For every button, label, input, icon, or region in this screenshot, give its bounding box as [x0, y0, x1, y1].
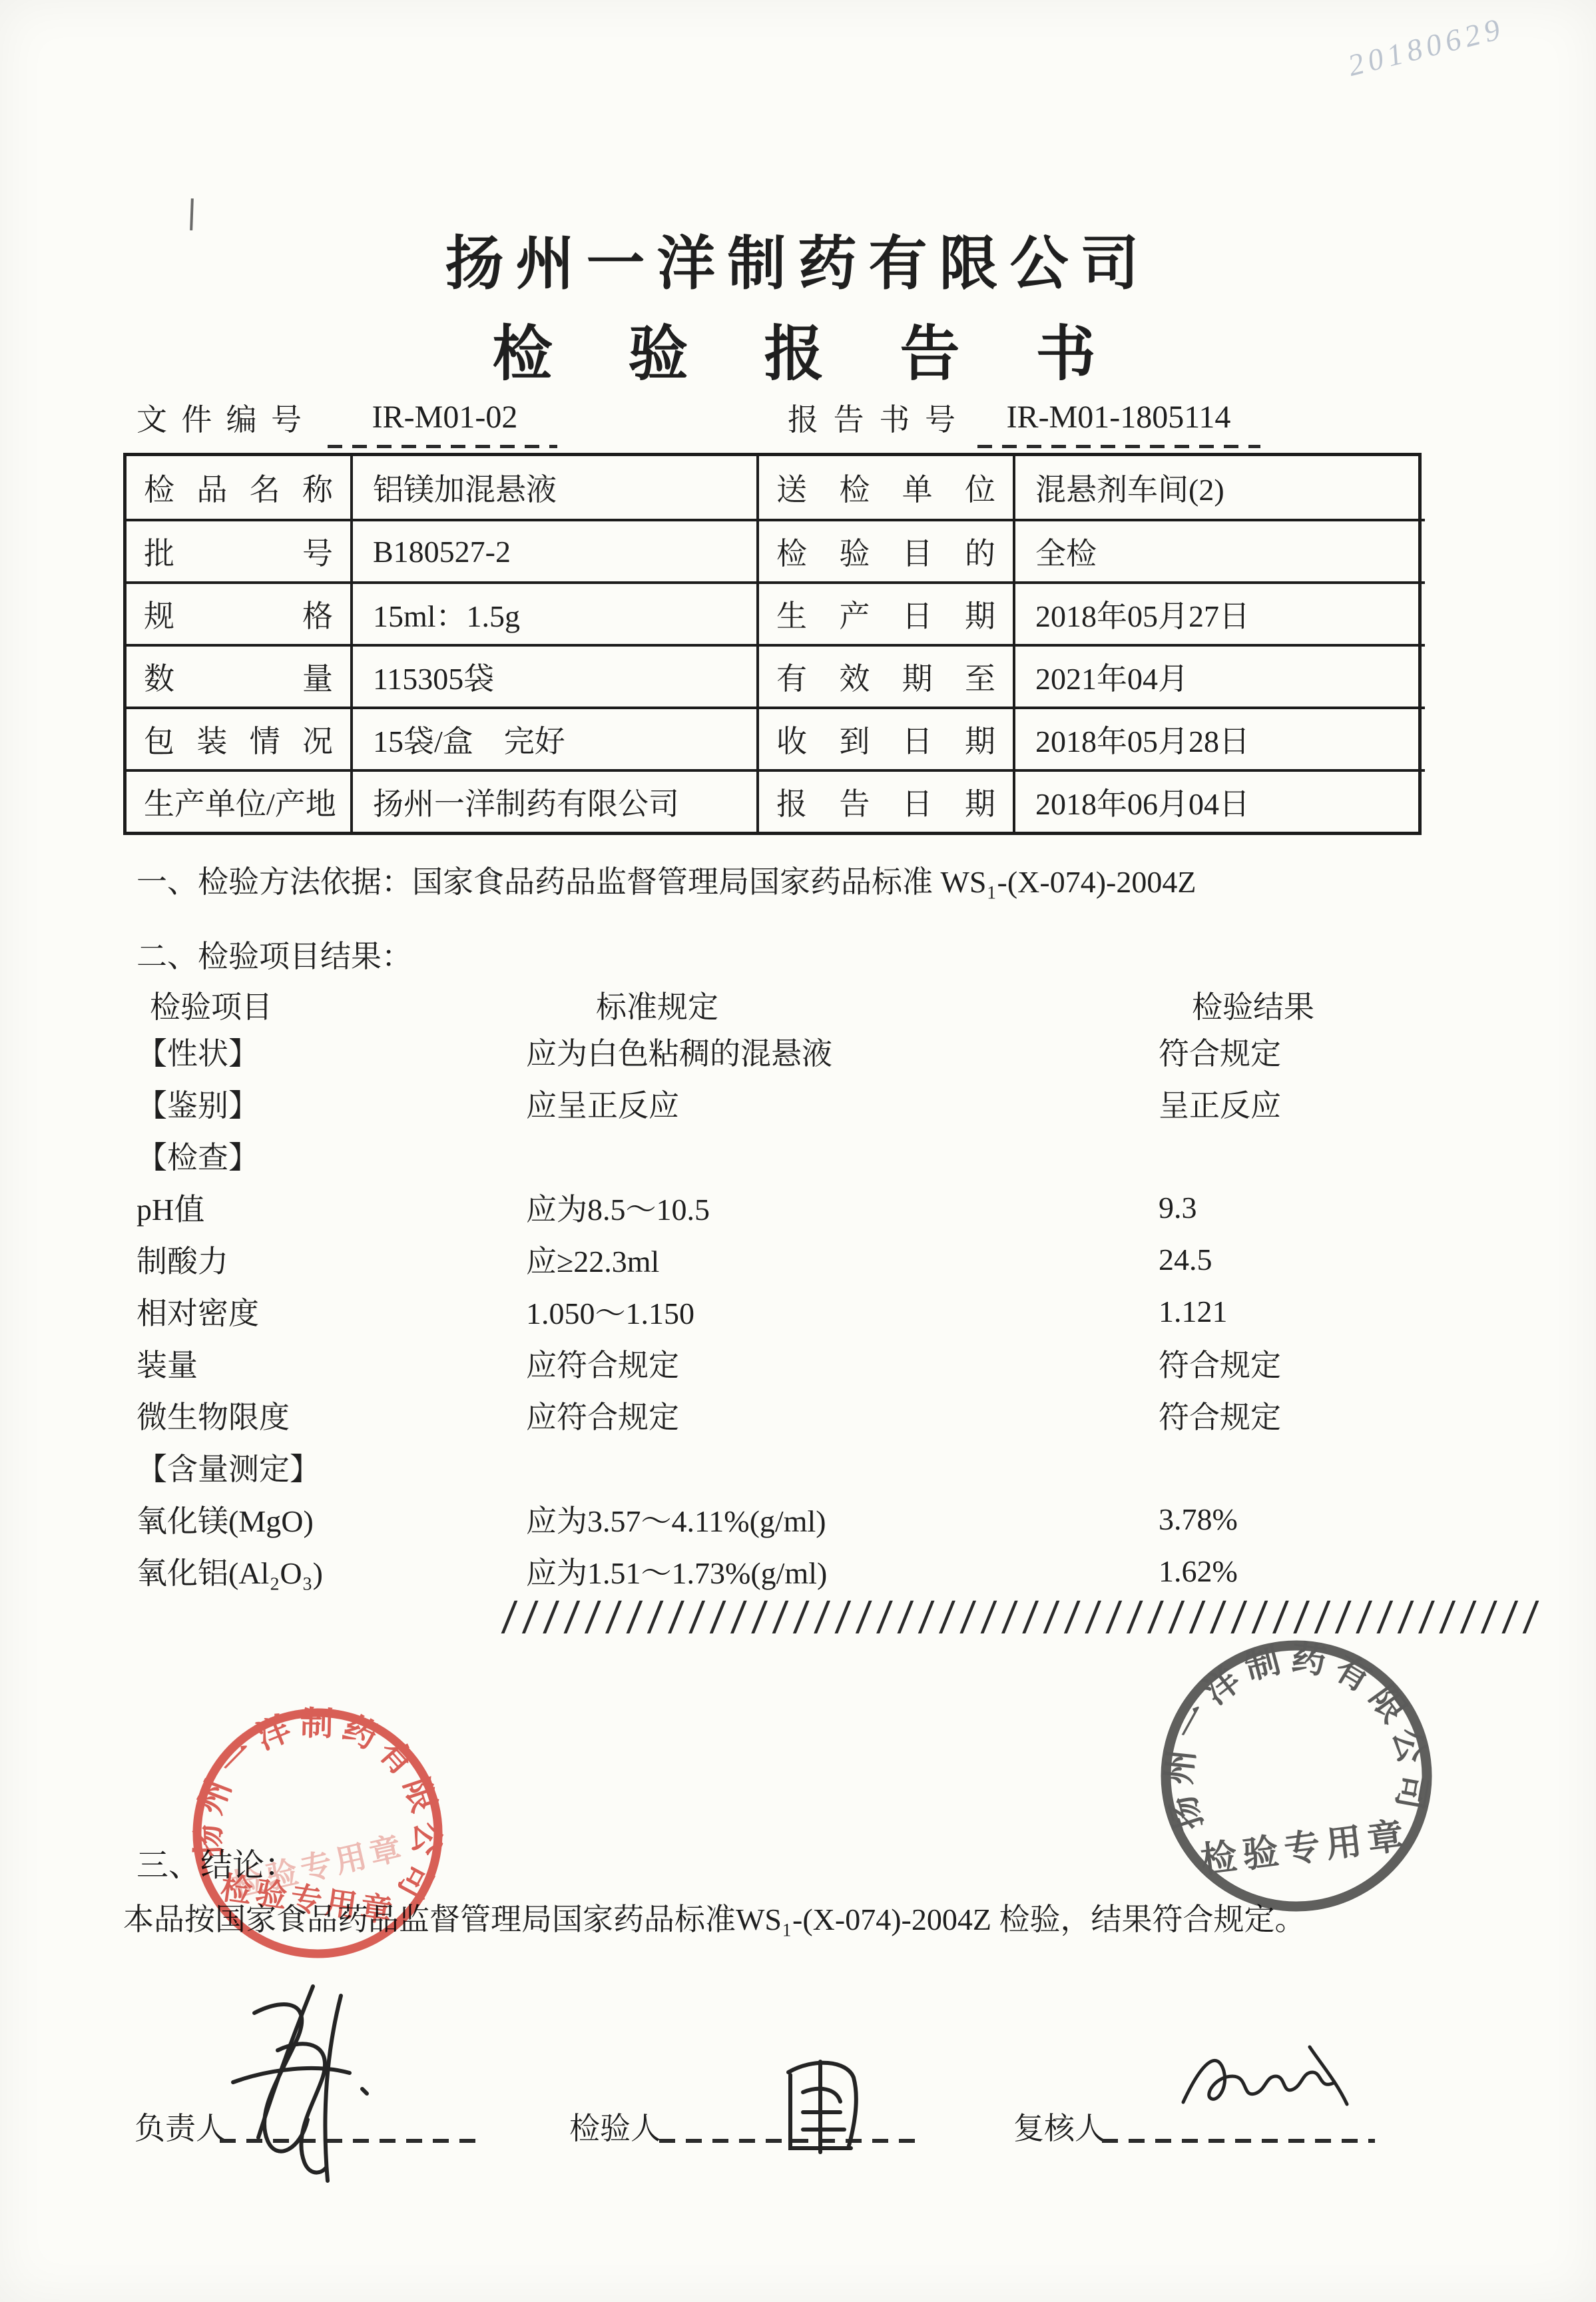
- table-label: 规格: [127, 581, 353, 644]
- result-value: 24.5: [1159, 1242, 1422, 1277]
- result-standard: 1.050～1.150: [526, 1289, 1159, 1333]
- table-label: 收到日期: [759, 707, 1015, 769]
- result-item: 装量: [123, 1341, 526, 1385]
- result-value: 3.78%: [1159, 1502, 1422, 1537]
- file-number-value: IR-M01-02: [332, 396, 558, 439]
- result-value: 呈正反应: [1159, 1081, 1422, 1125]
- reviewer-signature: [1175, 2039, 1355, 2126]
- result-standard: 应为1.51～1.73%(g/ml): [526, 1549, 1159, 1593]
- document-title: 检 验 报 告 书: [0, 305, 1596, 392]
- label-text: 收到日期: [776, 717, 995, 761]
- result-item: pH值: [123, 1185, 526, 1229]
- result-standard: 应≥22.3ml: [526, 1237, 1159, 1281]
- label-text: 检品名称: [144, 465, 333, 509]
- label-text: 批号: [144, 529, 333, 573]
- responsible-person-label: 负责人: [134, 2104, 226, 2148]
- result-standard: 应符合规定: [526, 1393, 1159, 1437]
- table-label: 检品名称: [127, 456, 353, 519]
- result-item: 氧化镁(MgO): [123, 1497, 526, 1541]
- table-value: 2021年04月: [1015, 644, 1425, 707]
- reviewer-signature-line: [1102, 2139, 1375, 2143]
- table-label: 有效期至: [759, 644, 1015, 707]
- label-text: 有效期至: [776, 655, 995, 699]
- table-value: 扬州一洋制药有限公司: [353, 769, 759, 832]
- table-label: 生产单位/产地: [127, 769, 353, 832]
- result-item: 氧化铝(Al₂O₃): [123, 1549, 526, 1593]
- label-text: 数量: [144, 655, 333, 699]
- label-text: 报告日期: [776, 780, 995, 824]
- table-value: 115305袋: [353, 644, 759, 707]
- result-standard: 应呈正反应: [526, 1081, 1159, 1125]
- inspector-label: 检验人: [569, 2104, 661, 2148]
- result-item: 【鉴别】: [123, 1081, 526, 1125]
- sample-info-table: 检品名称 铝镁加混悬液 送检单位 混悬剂车间(2) 批号 B180527-2 检…: [123, 453, 1422, 835]
- result-value: 1.62%: [1159, 1554, 1422, 1589]
- results-header-row: 检验项目 标准规定 检验结果: [123, 974, 1422, 1025]
- result-value: 符合规定: [1159, 1393, 1422, 1437]
- result-value: 符合规定: [1159, 1341, 1422, 1385]
- result-row: 【含量测定】: [123, 1441, 1422, 1493]
- result-standard: 应为白色粘稠的混悬液: [526, 1029, 1159, 1073]
- label-text: 检验目的: [776, 529, 995, 573]
- table-value: 15ml：1.5g: [353, 581, 759, 644]
- gray-inspection-stamp: 扬州一洋制药有限公司 检验专用章: [1129, 1609, 1463, 1942]
- table-label: 检验目的: [759, 519, 1015, 581]
- result-row: 【性状】 应为白色粘稠的混悬液 符合规定: [123, 1025, 1422, 1077]
- report-number-label: 报告书号: [788, 400, 955, 441]
- inspector-signature: [772, 2050, 872, 2159]
- method-basis-line: 一、检验方法依据：国家食品药品监督管理局国家药品标准 WS₁-(X-074)-2…: [136, 858, 1196, 902]
- result-standard: 应为3.57～4.11%(g/ml): [526, 1497, 1159, 1541]
- label-text: 生产单位/产地: [144, 780, 333, 824]
- result-row: 氧化镁(MgO) 应为3.57～4.11%(g/ml) 3.78%: [123, 1493, 1422, 1545]
- result-row: 相对密度 1.050～1.150 1.121: [123, 1285, 1422, 1337]
- result-value: 1.121: [1159, 1294, 1422, 1329]
- label-text: 规格: [144, 592, 333, 636]
- result-item: 相对密度: [123, 1289, 526, 1333]
- reviewer-label: 复核人: [1013, 2104, 1105, 2148]
- scanned-inspection-report: 20180629 扬州一洋制药有限公司 检 验 报 告 书 文件编号 IR-M0…: [0, 0, 1596, 2302]
- inspector-signature-line: [659, 2139, 926, 2143]
- table-label: 数量: [127, 644, 353, 707]
- responsible-signature-line: [220, 2139, 476, 2143]
- result-item: 【含量测定】: [123, 1445, 526, 1489]
- handwritten-number: 20180629: [1344, 0, 1592, 83]
- red-inspection-stamp: 扬州一洋制药有限公司 检验专用章 检验专用章: [163, 1679, 471, 1987]
- table-value: 混悬剂车间(2): [1015, 456, 1425, 519]
- table-value: 全检: [1015, 519, 1425, 581]
- report-number-underline: [977, 445, 1260, 448]
- label-text: 送检单位: [776, 465, 995, 509]
- result-item: 制酸力: [123, 1237, 526, 1281]
- table-value: 2018年06月04日: [1015, 769, 1425, 832]
- table-label: 送检单位: [759, 456, 1015, 519]
- file-number-underline: [328, 445, 557, 448]
- table-value: 2018年05月28日: [1015, 707, 1425, 769]
- results-section-heading: 二、检验项目结果：: [136, 932, 412, 976]
- result-row: 【检查】: [123, 1129, 1422, 1181]
- table-value: 15袋/盒 完好: [353, 707, 759, 769]
- result-row: 【鉴别】 应呈正反应 呈正反应: [123, 1077, 1422, 1129]
- result-item: 【性状】: [123, 1029, 526, 1073]
- table-value: B180527-2: [353, 519, 759, 581]
- table-label: 报告日期: [759, 769, 1015, 832]
- results-header-standard: 标准规定: [596, 983, 718, 1027]
- result-standard: 应符合规定: [526, 1341, 1159, 1385]
- report-number-value: IR-M01-1805114: [979, 396, 1258, 439]
- responsible-signature: [213, 1981, 386, 2194]
- company-title: 扬州一洋制药有限公司: [0, 217, 1596, 301]
- results-table: 检验项目 标准规定 检验结果 【性状】 应为白色粘稠的混悬液 符合规定 【鉴别】…: [123, 974, 1422, 1649]
- result-item: 微生物限度: [123, 1393, 526, 1437]
- table-value: 2018年05月27日: [1015, 581, 1425, 644]
- results-header-result: 检验结果: [1192, 983, 1314, 1027]
- file-number-label: 文件编号: [136, 400, 302, 441]
- table-value: 铝镁加混悬液: [353, 456, 759, 519]
- label-text: 生产日期: [776, 592, 995, 636]
- result-item: 【检查】: [123, 1133, 526, 1177]
- result-row: 装量 应符合规定 符合规定: [123, 1337, 1422, 1389]
- label-text: 包装情况: [144, 717, 333, 761]
- table-label: 包装情况: [127, 707, 353, 769]
- result-row: 微生物限度 应符合规定 符合规定: [123, 1389, 1422, 1441]
- result-value: 9.3: [1159, 1190, 1422, 1225]
- table-label: 生产日期: [759, 581, 1015, 644]
- result-row: pH值 应为8.5～10.5 9.3: [123, 1181, 1422, 1233]
- results-header-item: 检验项目: [150, 983, 272, 1027]
- result-row: 制酸力 应≥22.3ml 24.5: [123, 1233, 1422, 1285]
- result-row: 氧化铝(Al₂O₃) 应为1.51～1.73%(g/ml) 1.62%: [123, 1545, 1422, 1597]
- result-value: 符合规定: [1159, 1029, 1422, 1073]
- result-standard: 应为8.5～10.5: [526, 1185, 1159, 1229]
- table-label: 批号: [127, 519, 353, 581]
